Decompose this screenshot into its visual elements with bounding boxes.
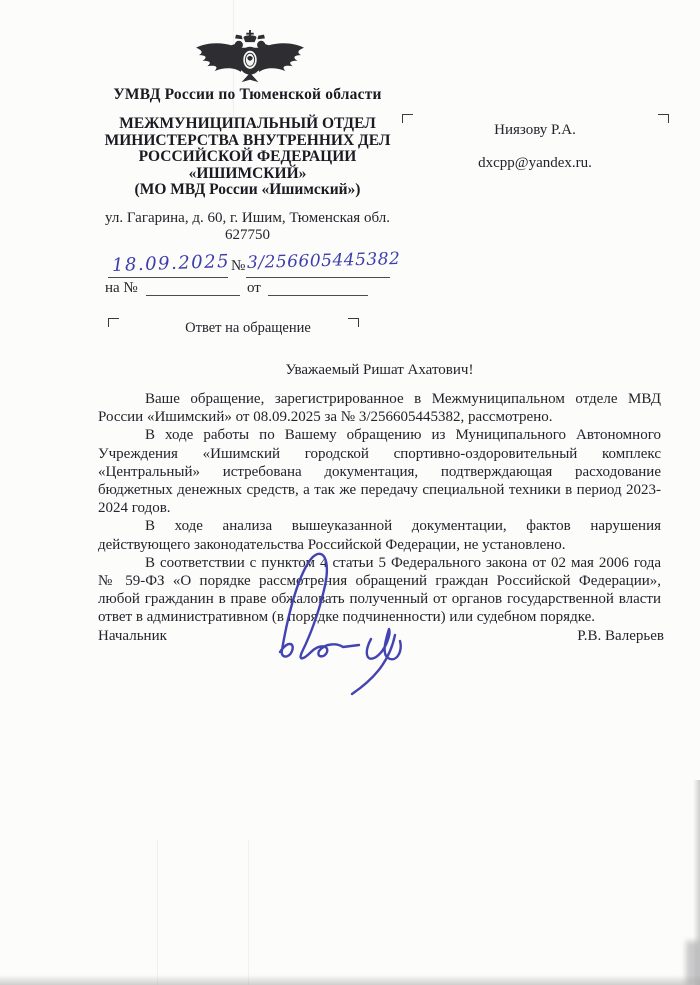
number-sign: № xyxy=(231,258,245,275)
mvd-double-headed-eagle-emblem xyxy=(193,30,307,84)
org-line: (МО МВД России «Ишимский») xyxy=(70,182,425,199)
reply-to-number-label: на № xyxy=(105,280,138,297)
organization-address: ул. Гагарина, д. 60, г. Ишим, Тюменская … xyxy=(70,210,425,243)
recipient-email: dxcpp@yandex.ru. xyxy=(402,155,668,172)
date-underline xyxy=(108,277,228,278)
handwritten-signature xyxy=(258,540,418,700)
reply-from-label: от xyxy=(247,280,261,297)
handwritten-date: 18.09.2025 xyxy=(112,251,231,276)
reply-date-underline xyxy=(268,295,368,296)
org-line: МИНИСТЕРСТВА ВНУТРЕННИХ ДЕЛ xyxy=(70,133,425,150)
signer-name: Р.В. Валерьев xyxy=(540,628,664,645)
org-line: РОССИЙСКОЙ ФЕДЕРАЦИИ xyxy=(70,149,425,166)
paragraph: В ходе работы по Вашему обращению из Мун… xyxy=(98,426,661,517)
letter-subject: Ответ на обращение xyxy=(138,320,358,337)
number-underline xyxy=(246,277,390,278)
handwritten-outgoing-number: 3/256605445382 xyxy=(247,249,401,273)
scan-bottom-shadow xyxy=(0,975,700,985)
scan-crease xyxy=(248,840,249,985)
scanned-letter-page: УМВД России по Тюменской области МЕЖМУНИ… xyxy=(0,0,700,985)
org-line: «ИШИМСКИЙ» xyxy=(70,166,425,183)
org-line: МЕЖМУНИЦИПАЛЬНЫЙ ОТДЕЛ xyxy=(70,116,425,133)
reply-number-underline xyxy=(146,295,240,296)
address-line: 627750 xyxy=(70,227,425,244)
scan-crease xyxy=(157,840,158,985)
signer-position: Начальник xyxy=(98,628,167,645)
organization-name-block: МЕЖМУНИЦИПАЛЬНЫЙ ОТДЕЛ МИНИСТЕРСТВА ВНУТ… xyxy=(70,116,425,199)
address-line: ул. Гагарина, д. 60, г. Ишим, Тюменская … xyxy=(70,210,425,227)
recipient-name: Ниязову Р.А. xyxy=(402,122,668,139)
scan-corner-blot xyxy=(686,941,700,985)
paragraph: Ваше обращение, зарегистрированное в Меж… xyxy=(98,390,661,426)
parent-organization: УМВД России по Тюменской области xyxy=(70,86,425,104)
salutation: Уважаемый Ришат Ахатович! xyxy=(98,362,661,379)
corner-mark-subject-tl xyxy=(108,318,119,327)
